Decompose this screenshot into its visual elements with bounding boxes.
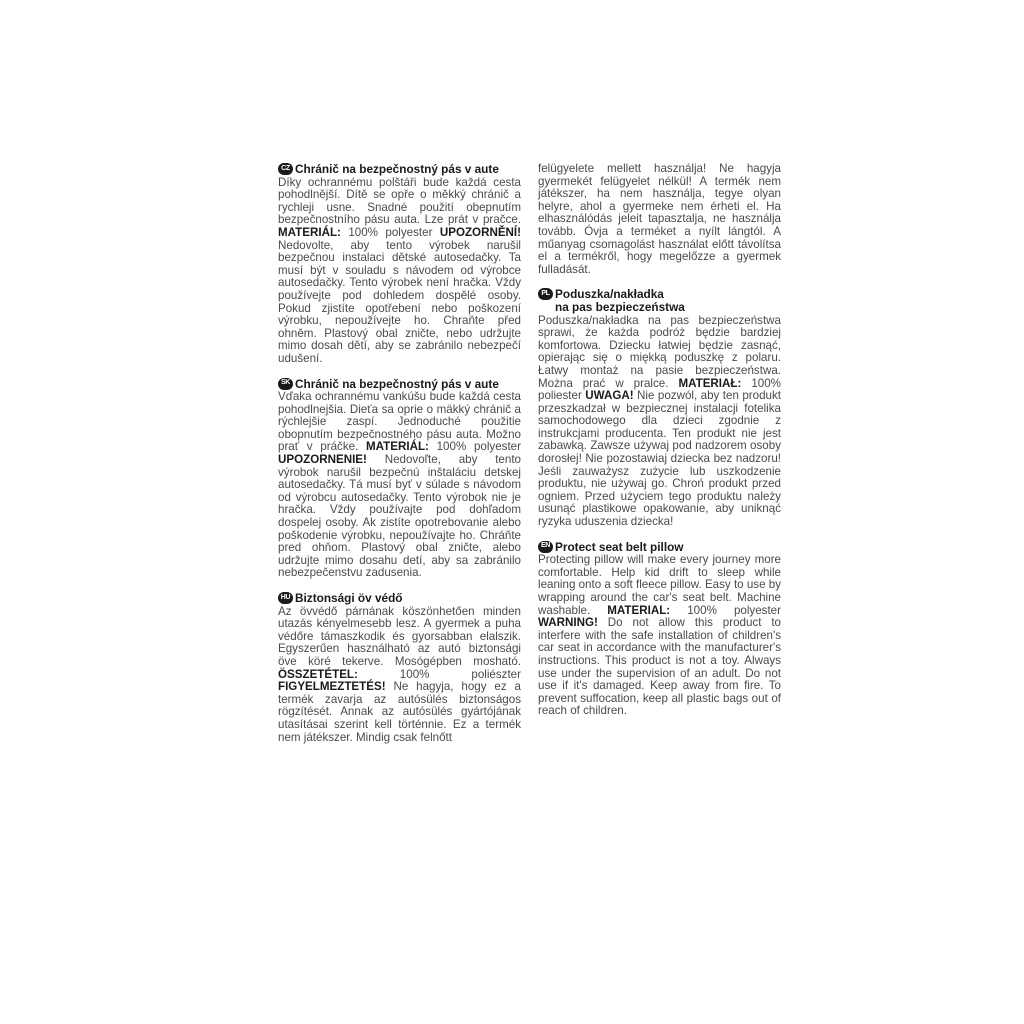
section-body: Díky ochrannému polštáři bude každá cest… <box>278 177 521 366</box>
material-label: MATERIAL: <box>607 604 670 617</box>
warning-label: UPOZORNENIE! <box>278 453 367 466</box>
right-column: felügyelete mellett használja! Ne hagyja… <box>538 163 781 730</box>
section-title-line2: na pas bezpieczeństwa <box>555 301 685 314</box>
warning-text: Do not allow this product to interfere w… <box>538 616 781 717</box>
language-badge-hu-icon: HU <box>278 592 293 604</box>
section-heading: EN Protect seat belt pillow <box>538 541 781 554</box>
body-text: Az övvédő párnának köszönhetően minden u… <box>278 605 521 668</box>
warning-label: UWAGA! <box>585 389 633 402</box>
language-badge-pl-icon: PL <box>538 288 553 300</box>
material-label: ÖSSZETÉTEL: <box>278 668 358 681</box>
section-title: Protect seat belt pillow <box>555 541 683 554</box>
section-body: Az övvédő párnának köszönhetően minden u… <box>278 606 521 745</box>
section-body-continued: felügyelete mellett használja! Ne hagyja… <box>538 163 781 276</box>
warning-label: UPOZORNĚNÍ! <box>440 226 521 239</box>
section-hu: HU Biztonsági öv védő Az övvédő párnának… <box>278 592 521 744</box>
section-body: Poduszka/nakładka na pas bezpieczeństwa … <box>538 315 781 529</box>
language-badge-en-icon: EN <box>538 541 553 553</box>
section-pl: PL Poduszka/nakładka na pas bezpieczeńst… <box>538 288 781 528</box>
section-heading: CZ Chránič na bezpečnostný pás v aute <box>278 163 521 176</box>
language-badge-sk-icon: SK <box>278 378 293 390</box>
material-value: 100% polyester <box>341 226 440 239</box>
section-heading: SK Chránič na bezpečnostný pás v aute <box>278 378 521 391</box>
section-body: Vďaka ochrannému vankúšu bude každá cest… <box>278 391 521 580</box>
section-cz: CZ Chránič na bezpečnostný pás v aute Dí… <box>278 163 521 366</box>
section-title: Biztonsági öv védő <box>295 592 403 605</box>
section-heading: HU Biztonsági öv védő <box>278 592 521 605</box>
left-column: CZ Chránič na bezpečnostný pás v aute Dí… <box>278 163 521 756</box>
section-title: Chránič na bezpečnostný pás v aute <box>295 378 499 391</box>
material-label: MATERIÁL: <box>278 226 341 239</box>
material-value: 100% polyester <box>670 604 781 617</box>
section-sk: SK Chránič na bezpečnostný pás v aute Vď… <box>278 378 521 581</box>
material-value: 100% polyester <box>429 440 521 453</box>
warning-text: Nedovolte, aby tento výrobek narušil bez… <box>278 239 521 365</box>
section-en: EN Protect seat belt pillow Protecting p… <box>538 541 781 718</box>
section-body: Protecting pillow will make every journe… <box>538 554 781 718</box>
language-badge-cz-icon: CZ <box>278 163 293 175</box>
section-hu-continued: felügyelete mellett használja! Ne hagyja… <box>538 163 781 276</box>
warning-label: FIGYELMEZTETÉS! <box>278 680 386 693</box>
body-text: Díky ochrannému polštáři bude každá cest… <box>278 176 521 227</box>
warning-label: WARNING! <box>538 616 598 629</box>
material-label: MATERIÁL: <box>366 440 429 453</box>
material-label: MATERIAŁ: <box>678 377 741 390</box>
section-heading: PL Poduszka/nakładka na pas bezpieczeńst… <box>538 288 781 313</box>
warning-text: Nie pozwól, aby ten produkt przeszkadzał… <box>538 389 781 528</box>
section-title: Chránič na bezpečnostný pás v aute <box>295 163 499 176</box>
section-title: Poduszka/nakładka na pas bezpieczeństwa <box>555 288 685 313</box>
warning-text: Nedovoľte, aby tento výrobok narušil bez… <box>278 453 521 579</box>
material-value: 100% poliészter <box>358 668 521 681</box>
